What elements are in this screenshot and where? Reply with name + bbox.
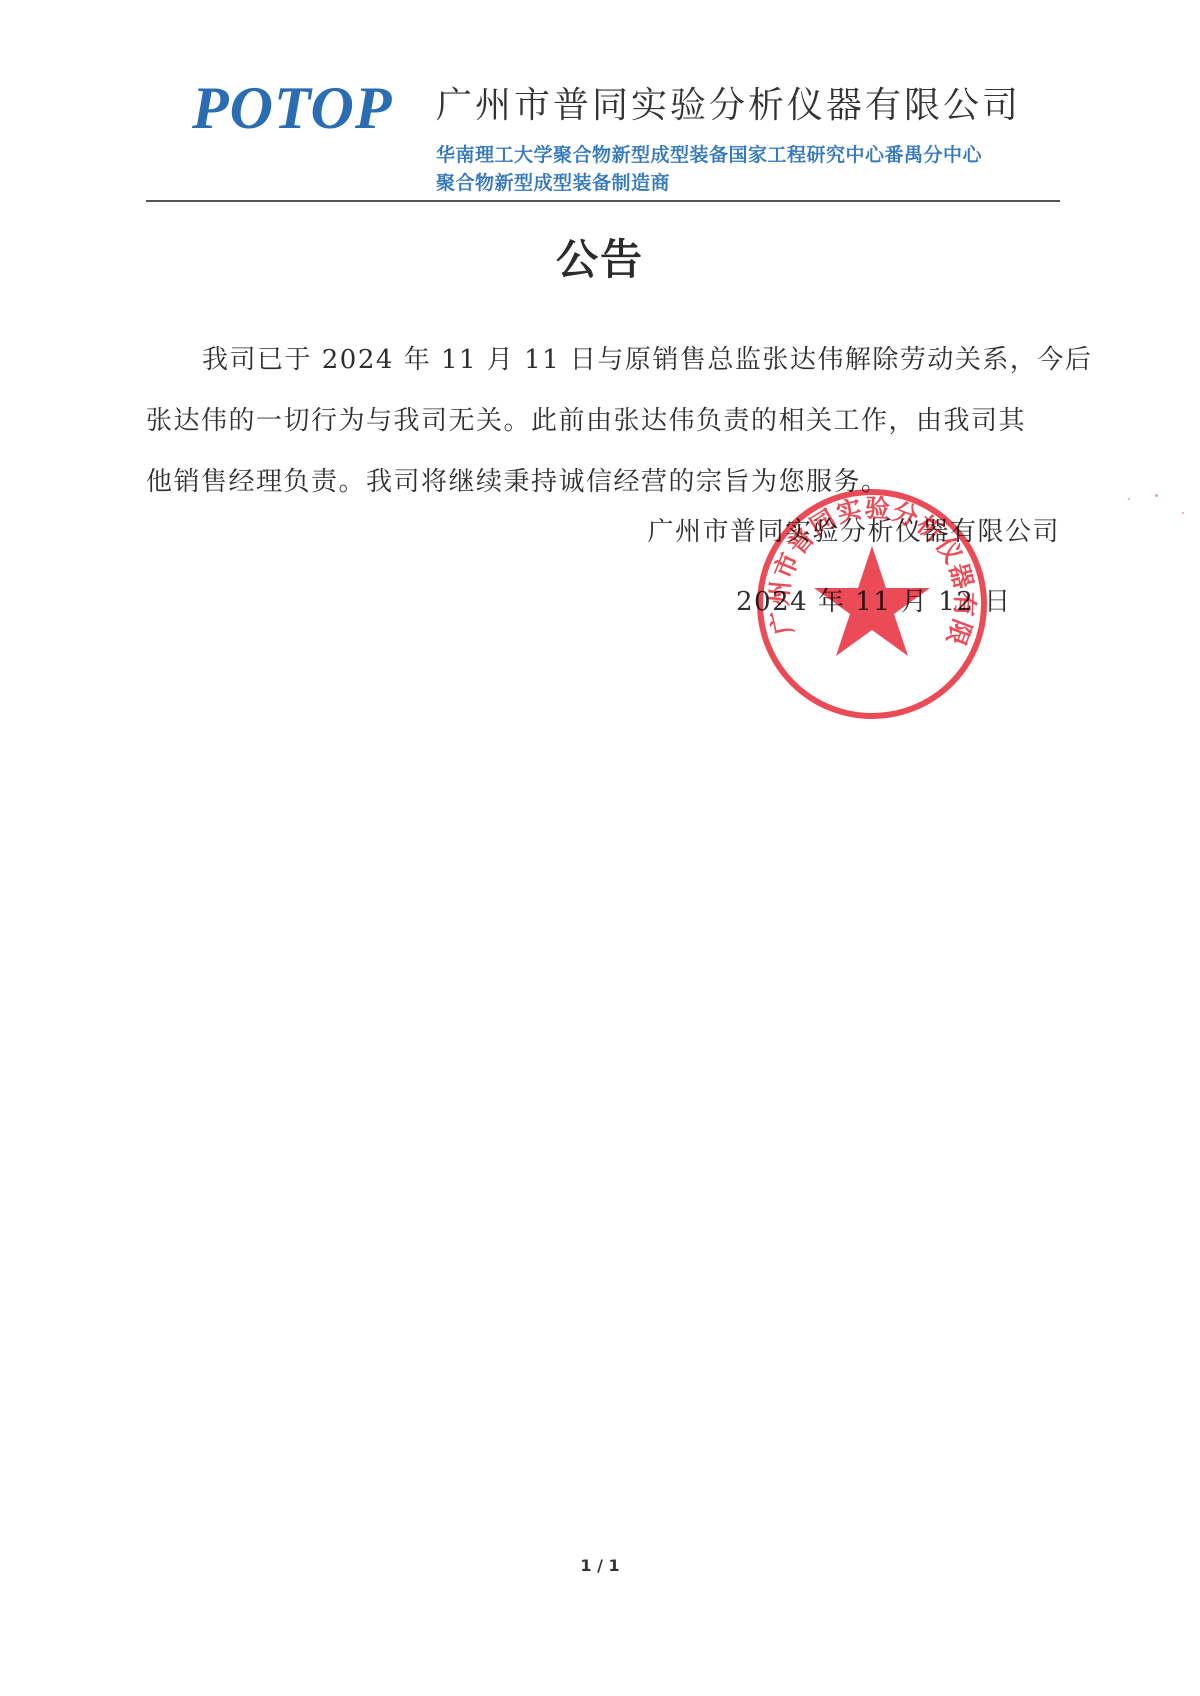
body-line: 我司已于 2024 年 11 月 11 日与原销售总监张达伟解除劳动关系，今后 (146, 330, 1062, 391)
ink-speck (1155, 494, 1158, 497)
red-star-icon (814, 546, 930, 656)
header-divider (146, 200, 1060, 202)
ink-speck (1128, 498, 1130, 500)
ink-speck (1182, 512, 1184, 514)
company-logo: POTOP (192, 72, 393, 144)
letterhead-subtitle-2: 聚合物新型成型装备制造商 (436, 170, 670, 196)
page-number: 1 / 1 (0, 1556, 1200, 1575)
body-line: 张达伟的一切行为与我司无关。此前由张达伟负责的相关工作，由我司其 (146, 391, 1062, 452)
document-page: POTOP 广州市普同实验分析仪器有限公司 华南理工大学聚合物新型成型装备国家工… (0, 0, 1200, 1696)
document-title: 公告 (0, 232, 1200, 288)
company-name: 广州市普同实验分析仪器有限公司 (436, 82, 1021, 130)
letterhead-subtitle-1: 华南理工大学聚合物新型成型装备国家工程研究中心番禺分中心 (436, 142, 982, 168)
official-seal-icon: 广州市普同实验分析仪器有限公司 (752, 484, 992, 724)
